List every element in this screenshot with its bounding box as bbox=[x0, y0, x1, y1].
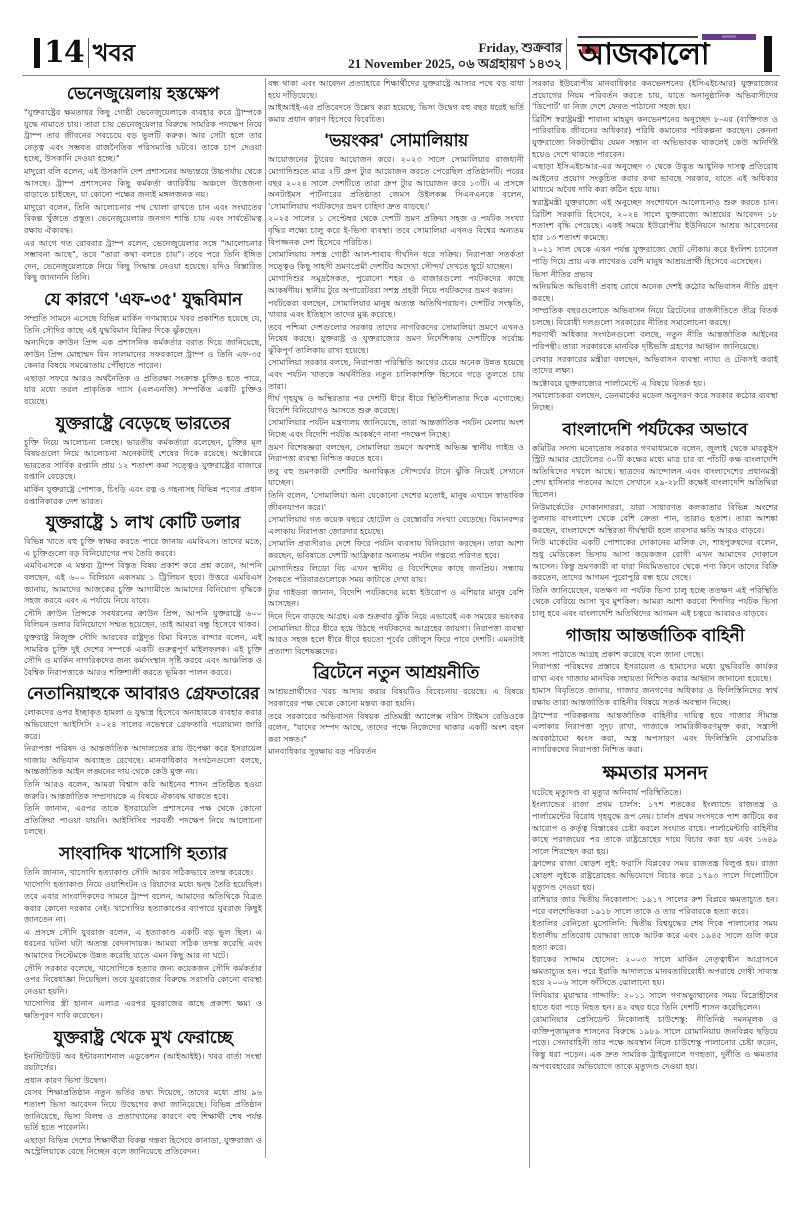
article-paragraph: সোমালিয়ায় সশস্ত্র গোষ্ঠী আল-শাবাব দীর্… bbox=[268, 249, 524, 272]
page-header: 14 খবর bbox=[34, 34, 135, 68]
article-paragraph: এর আগে গত রোববার ট্রাম্প বলেন, ভেনেজুয়ে… bbox=[24, 238, 262, 284]
page-header-divider bbox=[88, 38, 89, 68]
article-paragraph: আইআইই-এর প্রতিবেদনে উল্লেখ করা হয়েছে, ভ… bbox=[268, 102, 524, 125]
article-paragraph: হামাস বিবৃতিতে জানায়, গাজার জনগণের অধিক… bbox=[532, 685, 778, 708]
article-paragraph: আয়োজনের ট্যুরের আয়োজন করে। ২০২৩ সালে স… bbox=[268, 154, 524, 212]
article-paragraph: সোমালি প্রবাসীরাও দেশে ফিরে পর্যটন ব্যবস… bbox=[268, 538, 524, 561]
article-headline: ব্রিটেনে নতুন আশ্রয়নীতি bbox=[268, 663, 524, 683]
article-paragraph: তিনি জানান, এরপর তাকে ইসরায়েলি প্রশাসনে… bbox=[24, 803, 262, 838]
article-paragraph: মোগাদিশুর লিডো বিচ এখন স্থানীয় ও বিদেশি… bbox=[268, 563, 524, 586]
article-paragraph: আশ্রয়প্রার্থীদের খরচ আদায় করার বিষয়টি… bbox=[268, 686, 524, 709]
article-paragraph: রাশিয়ার জার দ্বিতীয় নিকোলাস: ১৯১৭ সালে… bbox=[532, 894, 778, 917]
column-3: সরকার ইউরোপীয় মানবাধিকার কনভেনশনের (ইসি… bbox=[532, 78, 778, 1168]
article-paragraph: যুক্তরাষ্ট্র নিজুক্ত সৌদি আরবের রাষ্ট্রদ… bbox=[24, 632, 262, 678]
article-headline: বাংলাদেশি পর্যটকের অভাবে bbox=[532, 420, 778, 440]
article-paragraph: নিউ মার্কেটের একটি পোশাকের দোকানের মালিক… bbox=[532, 537, 778, 583]
article-paragraph: ইরাকের সাদ্দাম হোসেন: ২০০৩ সালে মার্কিন … bbox=[532, 954, 778, 989]
article-paragraph: যেসব শিক্ষাপ্রতিষ্ঠান নতুন ভর্তির তথ্য দ… bbox=[24, 1087, 262, 1133]
logo-badge: কলকাতা bbox=[702, 34, 756, 40]
section-name: খবর bbox=[93, 38, 135, 68]
article-paragraph: লিবিয়ার মুয়াম্মার গাদ্দাফি: ২০১১ সালে … bbox=[532, 990, 778, 1013]
article-paragraph: লোকদের ওপর ইচ্ছাকৃত হামলা ও যুদ্ধাস্ত্র … bbox=[24, 707, 262, 742]
article: 'ভয়ংকর' সোমালিয়ায়আয়োজনের ট্যুরের আয়… bbox=[268, 131, 524, 657]
article-paragraph: অনিয়মিত অভিবাসী প্রবাহ রোধে অনেক দেশই ক… bbox=[532, 281, 778, 304]
column-1: ভেনেজুয়েলায় হস্তক্ষেপ"যুক্তরাষ্ট্রের ক… bbox=[24, 78, 262, 1158]
article-paragraph: তবে পশ্চিমা দেশগুলোর সরকার তাদের নাগরিকদ… bbox=[268, 322, 524, 357]
article-headline: নেতানিয়াহুকে আবারও গ্রেফতারের bbox=[24, 684, 262, 704]
article-paragraph: অন্যদিকে ক্রাউন প্রিন্স এক প্রশাসনিক কর্… bbox=[24, 337, 262, 372]
article-paragraph: অক্টোবরে যুক্তরাজ্যের পার্লামেন্টে এ বিষ… bbox=[532, 378, 778, 390]
article-paragraph: ট্যুর গাইডরা জানান, বিদেশি পর্যটকদের মধ্… bbox=[268, 587, 524, 610]
article: সরকার ইউরোপীয় মানবাধিকার কনভেনশনের (ইসি… bbox=[532, 78, 778, 414]
article-paragraph: এমবিএসকে এ মন্তব্য ট্রাম্প বিস্তৃত বিষয়… bbox=[24, 560, 262, 606]
dateline-divider bbox=[566, 38, 567, 70]
article-paragraph: তিনি বলেন, 'সোমালিয়া অন্য যেকোনো দেশের … bbox=[268, 490, 524, 513]
article-paragraph: মোগাদিশুর সমুদ্রসৈকত, পুরোনো শহর ও বাজার… bbox=[268, 273, 524, 296]
article-headline: সাংবাদিক খাসোগি হত্যার bbox=[24, 844, 262, 864]
article: ব্রিটেনে নতুন আশ্রয়নীতিআশ্রয়প্রার্থীদে… bbox=[268, 663, 524, 758]
article-paragraph: মাদুরো বলি বলেন, এই উসকানি দেশ প্রশাসনের… bbox=[24, 166, 262, 201]
article-paragraph: পর্যটকেরা বলছেন, সোমালিয়ার মানুষ অত্যন্… bbox=[268, 298, 524, 321]
article: গাজায় আন্তর্জাতিক বাহিনীসদস্য পাঠাতে আগ… bbox=[532, 626, 778, 756]
article-paragraph: সাম্প্রতিক বছরগুলোতে অভিবাসন নিয়ে ব্রিট… bbox=[532, 305, 778, 328]
article-paragraph: এছাড়া বিভিন্ন দেশের শিক্ষার্থীরা বিকল্প… bbox=[24, 1135, 262, 1158]
article-paragraph: সদস্য পাঠাতে আগ্রহ প্রকাশ করেছে বলে জানা… bbox=[532, 649, 778, 661]
article: ভেনেজুয়েলায় হস্তক্ষেপ"যুক্তরাষ্ট্রের ক… bbox=[24, 84, 262, 284]
article-paragraph: ইংল্যান্ডের রাজা প্রথম চার্লস: ১৭শ শতকের… bbox=[532, 799, 778, 857]
logo-end-bar bbox=[764, 36, 772, 72]
article-paragraph: নিরাপত্তা পরিষদ ও আন্তর্জাতিক আদালতের রা… bbox=[24, 743, 262, 778]
article-paragraph: বন্ধ থাকা এবং আবেদন প্রত্যাহারে শিক্ষার্… bbox=[268, 78, 524, 101]
article-paragraph: মাদুরো বলেন, তিনি আলোচনার পথ খোলা রাখতে … bbox=[24, 202, 262, 237]
article-paragraph: নিরাপত্তা পরিষদের প্রস্তাবে ইসরায়েল ও হ… bbox=[532, 661, 778, 684]
article: যুক্তরাষ্ট্র থেকে মুখ ফেরাচ্ছেইনস্টিটিউট… bbox=[24, 1028, 262, 1158]
article: যুক্তরাষ্ট্রে ১ লাখ কোটি ডলারবিভিন্ন খাত… bbox=[24, 513, 262, 678]
article-paragraph: ২০২৫ সালের ১ সেপ্টেম্বর থেকে দেশটি ভ্রমণ… bbox=[268, 213, 524, 248]
article-paragraph: মানবাধিকার সুরক্ষায় বড় পরিবর্তন bbox=[268, 746, 524, 758]
article-paragraph: এছাড়া ইসিএইচআর-এর অনুচ্ছেদ ৩ থেকে উদ্ভূ… bbox=[532, 161, 778, 196]
masthead: 14 খবর Friday, শুক্রবার 21 November 2025… bbox=[0, 0, 792, 70]
article-paragraph: তিনি জানান, খাসোগি হত্যাকাণ্ড সৌদি আরব স… bbox=[24, 867, 262, 879]
article-paragraph: দিনে দিনে বাড়ছে আগ্রহ। এক শুক্রবার ঝুঁক… bbox=[268, 611, 524, 657]
article: যে কারণে 'এফ-৩৫' যুদ্ধবিমানসম্প্রতি সামন… bbox=[24, 290, 262, 408]
article-headline: ক্ষমতার মসনদ bbox=[532, 762, 778, 784]
article-paragraph: সরকার ইউরোপীয় মানবাধিকার কনভেনশনের (ইসি… bbox=[532, 78, 778, 113]
page-number: 14 bbox=[44, 38, 84, 68]
article-headline: যে কারণে 'এফ-৩৫' যুদ্ধবিমান bbox=[24, 290, 262, 310]
article-paragraph: তিনি জানিয়েছেন, যতক্ষণ না পর্যটক ভিসা চ… bbox=[532, 585, 778, 620]
column-divider bbox=[529, 78, 530, 1168]
article-paragraph: খাসোগি হত্যাকাণ্ড নিয়ে ওয়াশিংটন ও রিয়… bbox=[24, 879, 262, 925]
article-paragraph: সম্প্রতি সামনে এসেছে বিভিন্ন মার্কিন গণম… bbox=[24, 313, 262, 336]
article-paragraph: ফ্রান্সের রাজা ষোড়শ লুই: ফরাসি বিপ্লবের… bbox=[532, 858, 778, 893]
article-paragraph: প্রধান কারণ ভিসা উদ্বেগ। bbox=[24, 1075, 262, 1087]
article-paragraph: সোমালিয়া সরকার বলছে, নিরাপত্তা পরিস্থিত… bbox=[268, 357, 524, 392]
article-paragraph: স্বরাষ্ট্রমন্ত্রী যুক্তরাজ্যে এই অনুচ্ছে… bbox=[532, 197, 778, 243]
article-paragraph: কমিটির সদস্য মনোতোষ সরকার গণমাধ্যমকে বলে… bbox=[532, 443, 778, 501]
article-paragraph: দীর্ঘ গৃহযুদ্ধ ও অস্থিরতার পর দেশটি ধীরে… bbox=[268, 393, 524, 416]
article-paragraph: "যুক্তরাষ্ট্রের ক্ষমতাধর কিছু গোষ্ঠী ভেন… bbox=[24, 107, 262, 165]
article-headline: যুক্তরাষ্ট্রে বেড়েছে ভারতের bbox=[24, 414, 262, 434]
article: নেতানিয়াহুকে আবারও গ্রেফতারেরলোকদের ওপর… bbox=[24, 684, 262, 838]
article-paragraph: ট্রাম্পের পরিকল্পনায় আন্তর্জাতিক বাহিনী… bbox=[532, 710, 778, 756]
newspaper-logo: কলকাতা আজকালো bbox=[578, 34, 778, 72]
article-paragraph: ব্রিটিশ স্বরাষ্ট্রমন্ত্রী শাবানা মাহমুদ … bbox=[532, 114, 778, 160]
article-paragraph: শরণার্থী অধিকার সংগঠনগুলো বলছে, নতুন নীত… bbox=[532, 329, 778, 352]
logo-wordmark: আজকালো bbox=[578, 40, 709, 70]
article-paragraph: ভ্রমণ বিশেষজ্ঞরা বলছেন, সোমালিয়া ভ্রমণে… bbox=[268, 442, 524, 465]
article-paragraph: চুক্তি নিয়ে আলোচনা চলছে। ভারতীয় কর্মকর… bbox=[24, 437, 262, 483]
article-paragraph: ইতালির বেনিতো মুসোলিনি: দ্বিতীয় বিশ্বযু… bbox=[532, 918, 778, 953]
article-paragraph: সোমালিয়ার পর্যটন মন্ত্রণালয় জানিয়েছে,… bbox=[268, 417, 524, 440]
dateline-day: Friday, শুক্রবার bbox=[348, 40, 562, 56]
article-paragraph: এছাড়া সফরে আরও অর্থনৈতিক ও প্রতিরক্ষা স… bbox=[24, 373, 262, 408]
article-paragraph: সৌদি ক্রাউন প্রিন্সকে সবধরনের ক্রাউন প্র… bbox=[24, 608, 262, 631]
column-divider bbox=[265, 78, 266, 1158]
article-paragraph: মার্কিন যুক্তরাষ্ট্রে পোশাক, চিংড়ি এবং … bbox=[24, 484, 262, 507]
article-paragraph: সোমালিয়ায় গত কয়েক বছরে হোটেল ও রেস্তো… bbox=[268, 514, 524, 537]
article-paragraph: সমালোচকরা বলছেন, ডেনমার্কের মডেল অনুসরণ … bbox=[532, 390, 778, 413]
article-paragraph: বিভিন্ন খাতে বহু চুক্তি স্বাক্ষর করতে পা… bbox=[24, 536, 262, 559]
article: বন্ধ থাকা এবং আবেদন প্রত্যাহারে শিক্ষার্… bbox=[268, 78, 524, 125]
article-paragraph: রোমানিয়ার প্রেসিডেন্ট নিকোলাই চাউশেস্কু… bbox=[532, 1014, 778, 1072]
dateline: Friday, শুক্রবার 21 November 2025, ০৬ অগ… bbox=[348, 40, 562, 72]
article: বাংলাদেশি পর্যটকের অভাবেকমিটির সদস্য মনো… bbox=[532, 420, 778, 620]
article-paragraph: ভিসা নীতির প্রভাব bbox=[532, 269, 778, 281]
article: যুক্তরাষ্ট্রে বেড়েছে ভারতেরচুক্তি নিয়ে… bbox=[24, 414, 262, 508]
article-paragraph: তবে সরকারের অভিবাসন বিষয়ক প্রতিমন্ত্রী … bbox=[268, 711, 524, 746]
header-divider bbox=[22, 75, 780, 76]
article-paragraph: লেবার সরকারের মন্ত্রীরা বলছেন, অভিবাসন ব… bbox=[532, 354, 778, 377]
article-paragraph: সৌদি সরকার বলেছে, খাসোগিকে হত্যার জন্য ক… bbox=[24, 963, 262, 998]
article-paragraph: ২০২১ সাল থেকে এখন পর্যন্ত যুক্তরাজ্যে ছো… bbox=[532, 244, 778, 267]
article-paragraph: নিউমার্কেটের দোকানদাররা, যারা সাধারণত কল… bbox=[532, 502, 778, 537]
dateline-date: 21 November 2025, ০৬ অগ্রহায়ণ ১৪৩২ bbox=[348, 56, 562, 72]
article-headline: 'ভয়ংকর' সোমালিয়ায় bbox=[268, 131, 524, 151]
article-headline: যুক্তরাষ্ট্র থেকে মুখ ফেরাচ্ছে bbox=[24, 1028, 262, 1048]
article-paragraph: খাসোগির স্ত্রী হানান এলাত্র এরপর যুবরাজে… bbox=[24, 998, 262, 1021]
column-2: বন্ধ থাকা এবং আবেদন প্রত্যাহারে শিক্ষার্… bbox=[268, 78, 524, 1118]
article-headline: ভেনেজুয়েলায় হস্তক্ষেপ bbox=[24, 84, 262, 104]
article-paragraph: তিনি আরও বলেন, আমরা বিশ্বাস করি আইনের শা… bbox=[24, 779, 262, 802]
article-paragraph: তবু বহু ভ্রমণকারী দেশটির অনাবিষ্কৃত সৌন্… bbox=[268, 466, 524, 489]
article: সাংবাদিক খাসোগি হত্যারতিনি জানান, খাসোগি… bbox=[24, 844, 262, 1022]
article-headline: গাজায় আন্তর্জাতিক বাহিনী bbox=[532, 626, 778, 646]
article-paragraph: ঘটেছে মৃত্যুদণ্ড বা মৃত্যুর অনিবার্য পরি… bbox=[532, 787, 778, 799]
article: ক্ষমতার মসনদঘটেছে মৃত্যুদণ্ড বা মৃত্যুর … bbox=[532, 762, 778, 1072]
page-number-bar bbox=[34, 38, 40, 68]
article-paragraph: এ প্রসঙ্গে সৌদি যুবরাজ বলেন, এ হত্যাকাণ্… bbox=[24, 927, 262, 962]
article-headline: যুক্তরাষ্ট্রে ১ লাখ কোটি ডলার bbox=[24, 513, 262, 533]
article-paragraph: ইনস্টিটিউট অব ইন্টারন্যাশনাল এডুকেশন (আই… bbox=[24, 1051, 262, 1074]
